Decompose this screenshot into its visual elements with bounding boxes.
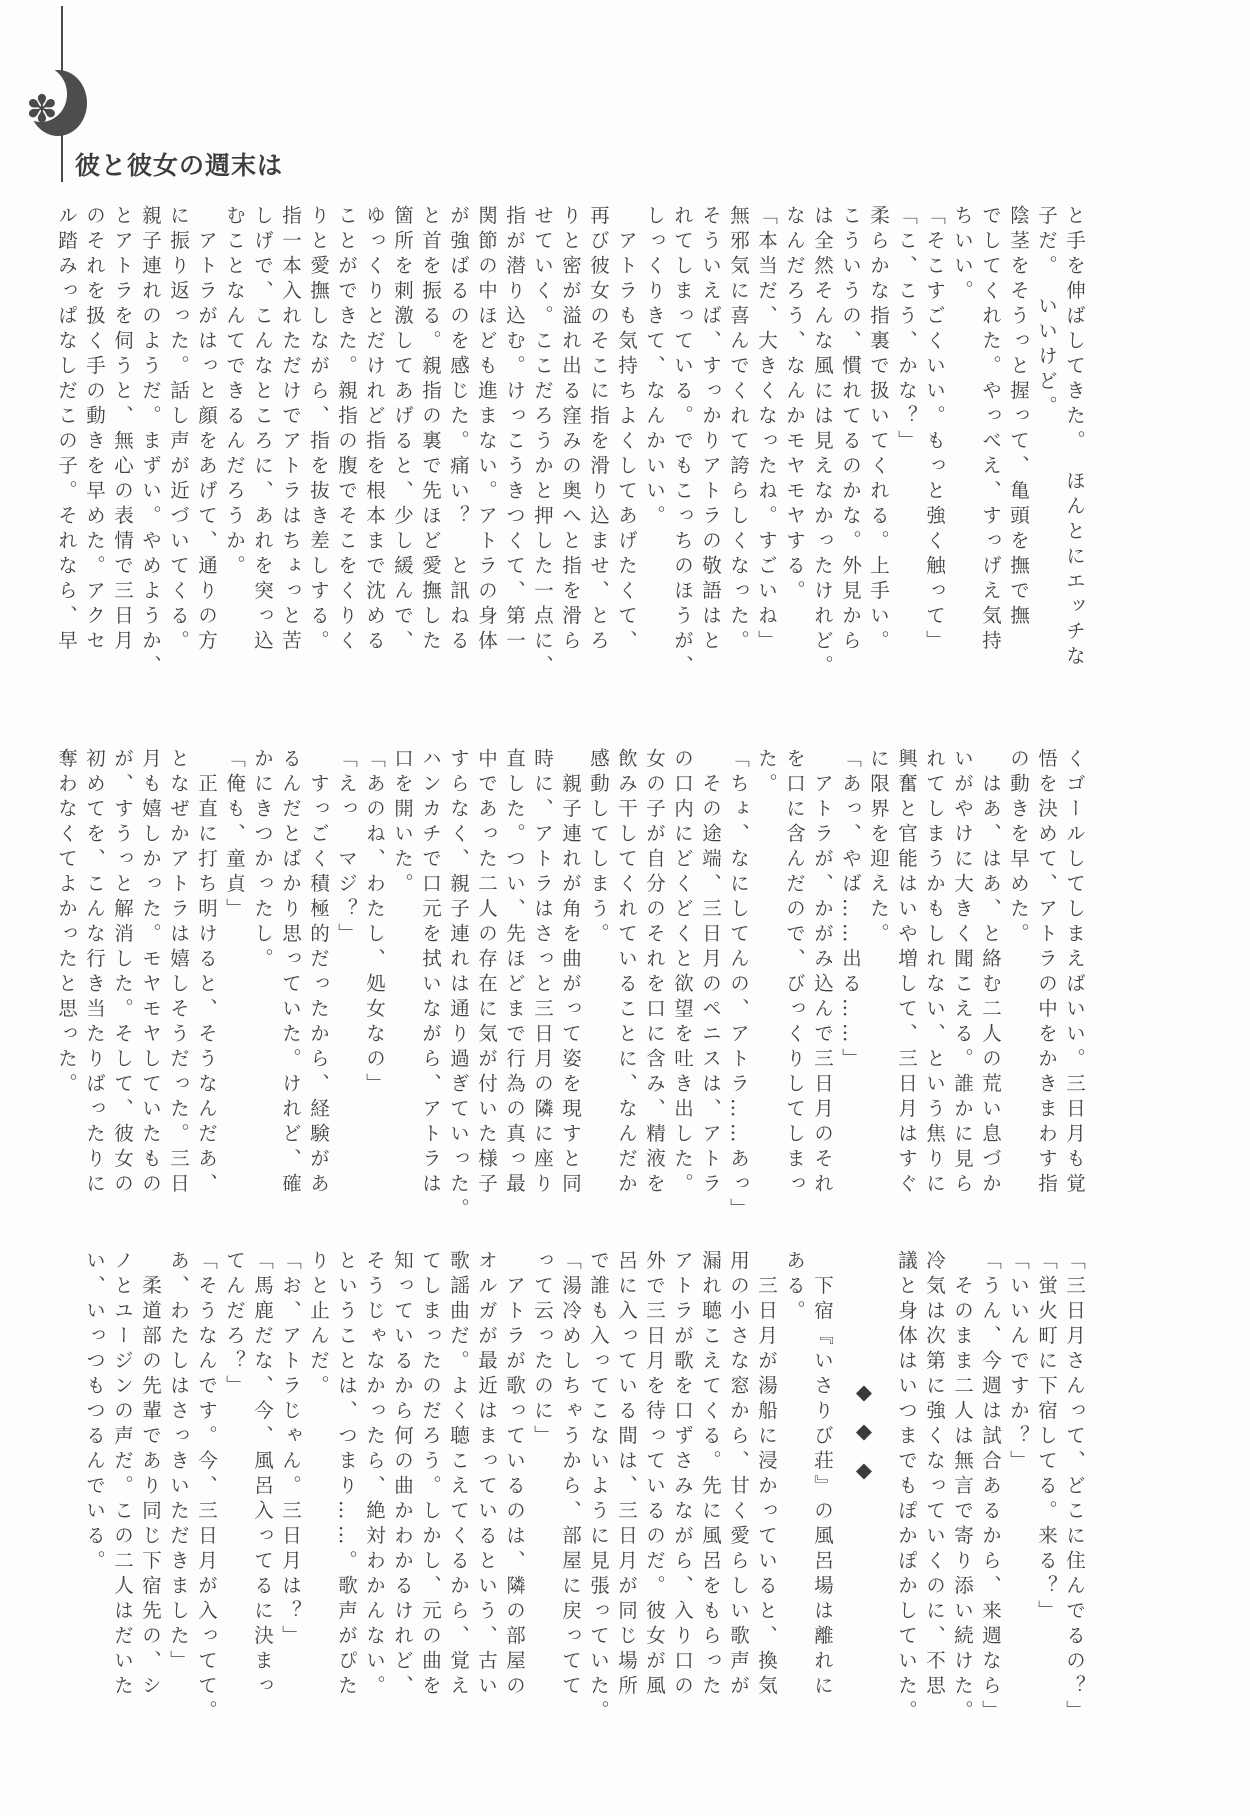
text-column: の口内にどくどくと欲望を吐き出した。 (672, 748, 692, 1248)
text-column: 飲み干してくれていることに、なんだか (616, 748, 636, 1248)
text-column: 親子連れが角を曲がって姿を現すと同 (560, 748, 580, 1248)
text-column: 「うん、今週は試合あるから、来週なら」 (980, 1250, 1000, 1750)
text-column: りと愛撫しながら、指を抜き差しする。 (308, 205, 328, 705)
text-column: 「あっ、やば……出る……」 (840, 748, 860, 1248)
text-column: 女の子が自分のそれを口に含み、精液を (644, 748, 664, 1248)
text-column: むことなんてできるんだろうか。 (224, 205, 244, 705)
text-column: はあ、はあ、と絡む二人の荒い息づか (980, 748, 1000, 1248)
text-column: 直した。つい、先ほどまで行為の真っ最 (504, 748, 524, 1248)
text-column: が、すうっと解消した。そして、彼女の (112, 748, 132, 1248)
text-column: 「お、アトラじゃん。三日月は？」 (280, 1250, 300, 1750)
text-block-3: 「三日月さんって、どこに住んでるの？」「蛍火町に下宿してる。来る？」「いいんです… (56, 1250, 1084, 1750)
text-column: りと密が溢れ出る窪みの奥へと指を滑ら (560, 205, 580, 705)
text-column: アトラが歌っているのは、隣の部屋の (504, 1250, 524, 1750)
text-column: 知っているから何の曲かわかるけれど、 (392, 1250, 412, 1750)
text-column: ハンカチで口元を拭いながら、アトラは (420, 748, 440, 1248)
text-column: ある。 (784, 1250, 804, 1750)
text-column: 「三日月さんって、どこに住んでるの？」 (1064, 1250, 1084, 1750)
text-column: のそれを扱く手の動きを早めた。アクセ (84, 205, 104, 705)
text-column: 「あのね、わたし、処女なの」 (364, 748, 384, 1248)
text-column: なんだろう、なんかモヤモヤする。 (784, 205, 804, 705)
text-column: は全然そんな風には見えなかったけれど。 (812, 205, 832, 705)
text-column: てんだろ？」 (224, 1250, 244, 1750)
text-column: 歌謡曲だ。よく聴こえてくるから、覚え (448, 1250, 468, 1750)
text-column: あ、わたしはさっきいただきました」 (168, 1250, 188, 1750)
text-column: すらなく、親子連れは通り過ぎていった。 (448, 748, 468, 1248)
text-column: 指が潜り込む。けっこうきつくて、第一 (504, 205, 524, 705)
text-column: しげで、こんなところに、あれを突っ込 (252, 205, 272, 705)
text-column: ノとユージンの声だ。この二人はだいた (112, 1250, 132, 1750)
text-column: 漏れ聴こえてくる。先に風呂をもらった (700, 1250, 720, 1750)
text-column: 指一本入れただけでアトラはちょっと苦 (280, 205, 300, 705)
text-column: の動きを早めた。 (1008, 748, 1028, 1248)
text-column: た。 (756, 748, 776, 1248)
text-column: 陰茎をそうっと握って、亀頭を撫で撫 (1008, 205, 1028, 705)
text-column: 「こ、こう、かな？」 (896, 205, 916, 705)
text-column: れてしまっている。でもこっちのほうが、 (672, 205, 692, 705)
text-column: 下宿『いさりび荘』の風呂場は離れに (812, 1250, 832, 1750)
text-column: ル踏みっぱなしだこの子。それなら、早 (56, 205, 76, 705)
text-column: オルガが最近はまっているという、古い (476, 1250, 496, 1750)
text-column: 無邪気に喜んでくれて誇らしくなった。 (728, 205, 748, 705)
text-column: ゆっくりとだけれど指を根本まで沈める (364, 205, 384, 705)
text-column: かにきつかったし。 (252, 748, 272, 1248)
text-column: 柔らかな指裏で扱いてくれる。上手い。 (868, 205, 888, 705)
text-column: 感動してしまう。 (588, 748, 608, 1248)
text-column: 中であった二人の存在に気が付いた様子 (476, 748, 496, 1248)
text-column: こういうの、慣れてるのかな。外見から (840, 205, 860, 705)
text-column: ことができた。親指の腹でそこをくりく (336, 205, 356, 705)
text-column: を口に含んだので、びっくりしてしまっ (784, 748, 804, 1248)
text-column: 「本当だ、大きくなったね。すごいね」 (756, 205, 776, 705)
text-column: アトラも気持ちよくしてあげたくて、 (616, 205, 636, 705)
text-column: 悟を決めて、アトラの中をかきまわす指 (1036, 748, 1056, 1248)
text-column: 「そこすごくいい。もっと強く触って」 (924, 205, 944, 705)
text-column: 奪わなくてよかったと思った。 (56, 748, 76, 1248)
text-column: と首を振る。親指の裏で先ほど愛撫した (420, 205, 440, 705)
text-column: 「えっ マジ？」 (336, 748, 356, 1248)
text-column: アトラがはっと顔をあげて、通りの方 (196, 205, 216, 705)
text-column: そのまま二人は無言で寄り添い続けた。 (952, 1250, 972, 1750)
text-column: せていく。ここだろうかと押した一点に、 (532, 205, 552, 705)
text-column: と手を伸ばしてきた。 ほんとにエッチな (1064, 205, 1084, 705)
text-column: そういえば、すっかりアトラの敬語はと (700, 205, 720, 705)
text-column: ちいい。 (952, 205, 972, 705)
text-column: 柔道部の先輩であり同じ下宿先の、シ (140, 1250, 160, 1750)
text-column: アトラが、かがみ込んで三日月のそれ (812, 748, 832, 1248)
page: ✽ 彼と彼女の週末は と手を伸ばしてきた。 ほんとにエッチな子だ。 いいけど。陰… (0, 0, 1250, 1816)
text-column: りと止んだ。 (308, 1250, 328, 1750)
page-title: 彼と彼女の週末は (75, 146, 283, 182)
text-column: 用の小さな窓から、甘く愛らしい歌声が (728, 1250, 748, 1750)
text-column: そうじゃなかったら、絶対わかんない。 (364, 1250, 384, 1750)
text-column: いがやけに大きく聞こえる。誰かに見ら (952, 748, 972, 1248)
text-column: でしてくれた。やっべえ、すっげえ気持 (980, 205, 1000, 705)
text-column: で誰も入ってこないように見張っていた。 (588, 1250, 608, 1750)
text-column: 「馬鹿だな、今、風呂入ってるに決まっ (252, 1250, 272, 1750)
text-column: 「そうなんです。今、三日月が入ってて。 (196, 1250, 216, 1750)
text-column: くゴールしてしまえばいい。三日月も覚 (1064, 748, 1084, 1248)
text-column: 議と身体はいつまでもぽかぽかしていた。 (896, 1250, 916, 1750)
text-column: となぜかアトラは嬉しそうだった。三日 (168, 748, 188, 1248)
text-block-2: くゴールしてしまえばいい。三日月も覚悟を決めて、アトラの中をかきまわす指の動きを… (56, 748, 1084, 1248)
text-column: アトラが歌を口ずさみながら、入り口の (672, 1250, 692, 1750)
text-block-1: と手を伸ばしてきた。 ほんとにエッチな子だ。 いいけど。陰茎をそうっと握って、亀… (56, 205, 1084, 705)
text-column: 再び彼女のそこに指を滑り込ませ、とろ (588, 205, 608, 705)
text-column: 呂に入っている間は、三日月が同じ場所 (616, 1250, 636, 1750)
text-column: 正直に打ち明けると、そうなんだあ、 (196, 748, 216, 1248)
text-column: 外で三日月を待っているのだ。彼女が風 (644, 1250, 664, 1750)
text-column: 月も嬉しかった。モヤモヤしていたもの (140, 748, 160, 1248)
text-column: 「いいんですか？」 (1008, 1250, 1028, 1750)
text-column: 口を開いた。 (392, 748, 412, 1248)
text-column: 「湯冷めしちゃうから、部屋に戻ってて (560, 1250, 580, 1750)
text-column: 冷気は次第に強くなっていくのに、不思 (924, 1250, 944, 1750)
text-column: 初めてを、こんな行き当たりばったりに (84, 748, 104, 1248)
text-column: に限界を迎えた。 (868, 748, 888, 1248)
text-column: 親子連れのようだ。まずい。やめようか、 (140, 205, 160, 705)
text-column: 三日月が湯船に浸かっていると、換気 (756, 1250, 776, 1750)
text-column: しっくりきて、なんかいい。 (644, 205, 664, 705)
text-column: ということは、つまり……。歌声がぴた (336, 1250, 356, 1750)
text-column: 関節の中ほども進まない。アトラの身体 (476, 205, 496, 705)
text-column: 「ちょ、なにしてんの、アトラ……あっ」 (728, 748, 748, 1248)
text-column: 興奮と官能はいや増して、三日月はすぐ (896, 748, 916, 1248)
text-column: い、いっつもつるんでいる。 (84, 1250, 104, 1750)
text-column: れてしまうかもしれない、という焦りに (924, 748, 944, 1248)
text-column: が強ばるのを感じた。痛い？ と訊ねる (448, 205, 468, 705)
text-column: に振り返った。話し声が近づいてくる。 (168, 205, 188, 705)
text-column: 子だ。 いいけど。 (1036, 205, 1056, 705)
flower-icon: ✽ (26, 90, 58, 128)
text-column: 「蛍火町に下宿してる。来る？」 (1036, 1250, 1056, 1750)
text-column: とアトラを伺うと、無心の表情で三日月 (112, 205, 132, 705)
text-column: てしまったのだろう。しかし、元の曲を (420, 1250, 440, 1750)
text-column: るんだとばかり思っていた。けれど、確 (280, 748, 300, 1248)
text-column: 「俺も、童貞」 (224, 748, 244, 1248)
text-column: その途端、三日月のペニスは、アトラ (700, 748, 720, 1248)
text-column: 箇所を刺激してあげると、少し緩んで、 (392, 205, 412, 705)
text-column: すっごく積極的だったから、経験があ (308, 748, 328, 1248)
text-column: 時に、アトラはさっと三日月の隣に座り (532, 748, 552, 1248)
text-column: って云ったのに」 (532, 1250, 552, 1750)
section-divider: ◆◆◆ (840, 1250, 888, 1750)
